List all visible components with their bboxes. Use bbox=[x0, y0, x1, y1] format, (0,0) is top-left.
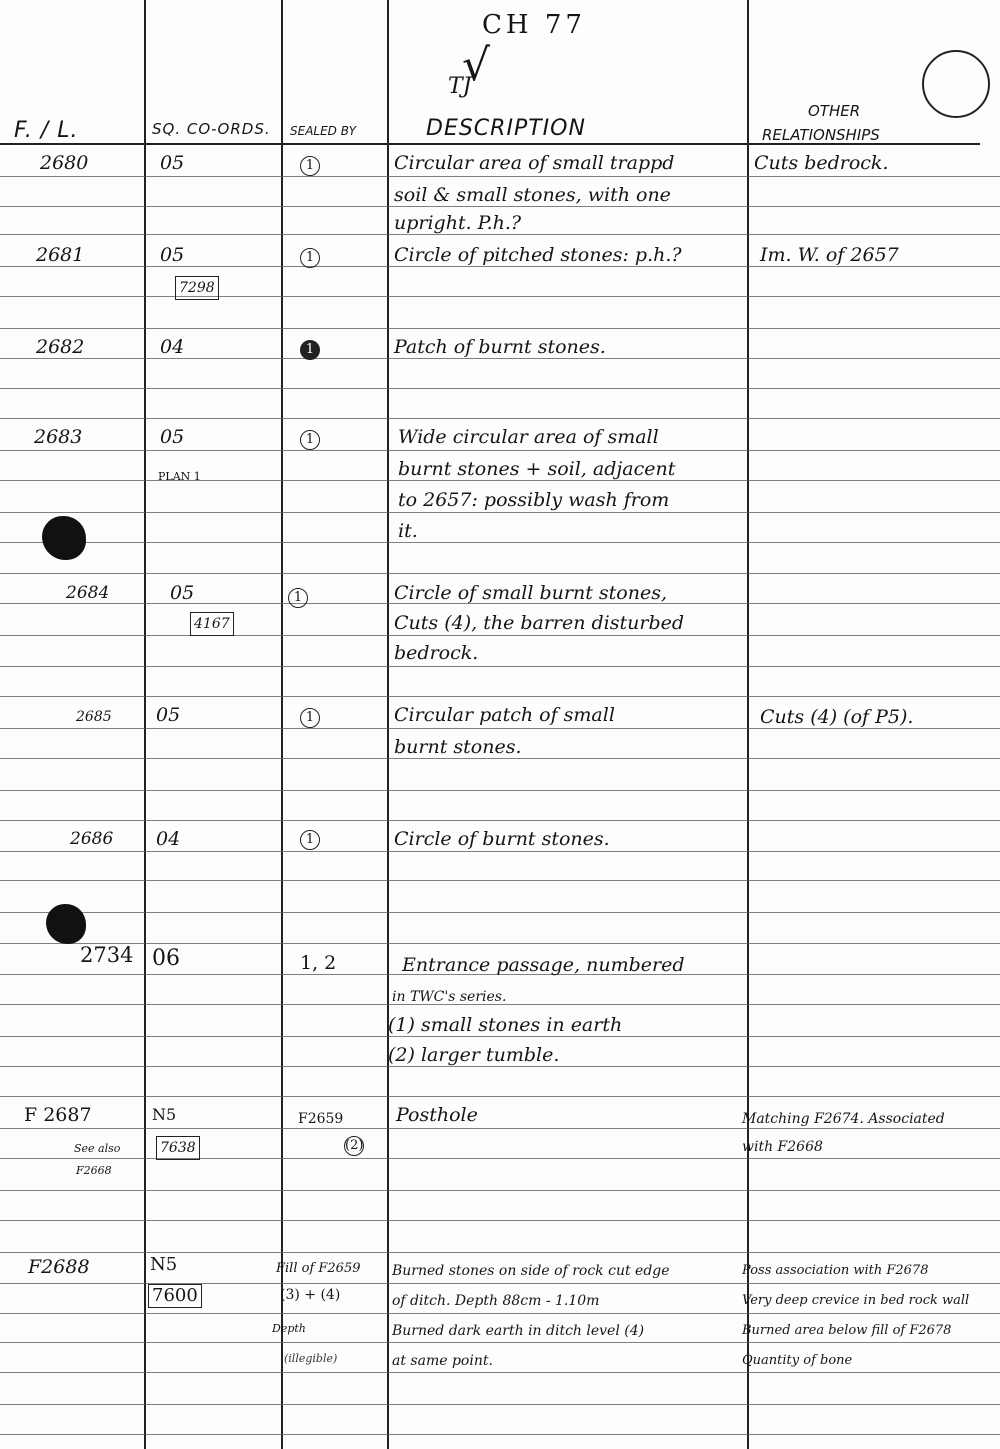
description-line: at same point. bbox=[392, 1350, 493, 1372]
header-description: DESCRIPTION bbox=[426, 116, 586, 141]
description-line: Circle of pitched stones: p.h.? bbox=[394, 244, 682, 266]
sealed-circle: 1 bbox=[300, 830, 320, 850]
rule bbox=[0, 1096, 1000, 1097]
rule bbox=[0, 1313, 1000, 1314]
rule bbox=[0, 758, 1000, 759]
description-line: to 2657: possibly wash from bbox=[398, 489, 669, 511]
description-line: bedrock. bbox=[394, 642, 478, 664]
relationship-line: Matching F2674. Associated bbox=[742, 1108, 945, 1130]
rule bbox=[0, 912, 1000, 913]
sealed-by: (3) + (4) bbox=[280, 1284, 340, 1306]
header-sealed-by: SEALED BY bbox=[290, 124, 356, 138]
rule bbox=[0, 176, 1000, 177]
sealed-by: 1 bbox=[300, 426, 320, 450]
context-number-box: 7600 bbox=[148, 1284, 202, 1308]
rule bbox=[0, 418, 1000, 419]
description-line: Circular area of small trappd bbox=[394, 152, 674, 174]
rule bbox=[0, 880, 1000, 881]
rule bbox=[0, 206, 1000, 207]
description-line: burnt stones + soil, adjacent bbox=[398, 458, 675, 480]
square-coords: 05 bbox=[170, 582, 194, 604]
column-divider-3 bbox=[387, 0, 389, 1449]
punch-hole bbox=[46, 904, 86, 944]
rule bbox=[0, 1066, 1000, 1067]
description-line: Burned stones on side of rock cut edge bbox=[392, 1260, 670, 1282]
sealed-by: 1 bbox=[300, 336, 320, 360]
description-line: of ditch. Depth 88cm - 1.10m bbox=[392, 1290, 599, 1312]
description-line: Burned dark earth in ditch level (4) bbox=[392, 1320, 644, 1342]
rule bbox=[0, 1434, 1000, 1435]
plan-note: PLAN 1 bbox=[158, 466, 201, 488]
description-line: (1) small stones in earth bbox=[388, 1014, 622, 1036]
square-coords: 05 bbox=[160, 244, 184, 266]
rule bbox=[0, 1372, 1000, 1373]
sealed-circle: 1 bbox=[300, 340, 320, 360]
square-coords: 05 bbox=[156, 704, 180, 726]
initials: TJ bbox=[448, 76, 472, 98]
rule bbox=[0, 1036, 1000, 1037]
rule bbox=[0, 728, 1000, 729]
punch-hole bbox=[42, 516, 86, 560]
excavation-record-sheet: CH 77 √ TJ F. / L. SQ. CO-ORDS. SEALED B… bbox=[0, 0, 1000, 1449]
rule bbox=[0, 388, 1000, 389]
header-rule bbox=[0, 143, 980, 145]
rule bbox=[0, 635, 1000, 636]
see-also-note: See also bbox=[74, 1138, 120, 1160]
sealed-by: 1 bbox=[300, 704, 320, 728]
column-divider-2 bbox=[281, 0, 283, 1449]
rule bbox=[0, 1252, 1000, 1253]
square-coords: 05 bbox=[160, 426, 184, 448]
square-coords: 05 bbox=[160, 152, 184, 174]
sealed-circle: 1 bbox=[288, 588, 308, 608]
description-line: upright. P.h.? bbox=[394, 212, 521, 234]
feature-number: 2686 bbox=[70, 828, 113, 850]
sealed-circle: 1 bbox=[300, 708, 320, 728]
feature-number: 2683 bbox=[34, 426, 82, 448]
relationship-line: Cuts bedrock. bbox=[754, 152, 888, 174]
sealed-by: 1 bbox=[300, 152, 320, 176]
description-line: burnt stones. bbox=[394, 736, 522, 758]
description-line: it. bbox=[398, 520, 418, 542]
header-other-2: RELATIONSHIPS bbox=[762, 126, 880, 144]
feature-number: F 2687 bbox=[24, 1104, 92, 1126]
sealed-by-illegible: (illegible) bbox=[284, 1348, 337, 1370]
rule bbox=[0, 851, 1000, 852]
sealed-by: F2659 bbox=[298, 1108, 343, 1130]
description-line: Circular patch of small bbox=[394, 704, 615, 726]
relationship-line: Quantity of bone bbox=[742, 1350, 852, 1372]
description-line: Cuts (4), the barren disturbed bbox=[394, 612, 684, 634]
header-sq-coords: SQ. CO-ORDS. bbox=[152, 120, 271, 138]
description-line: soil & small stones, with one bbox=[394, 184, 671, 206]
rule bbox=[0, 328, 1000, 329]
description-line: Posthole bbox=[396, 1104, 478, 1126]
rule bbox=[0, 820, 1000, 821]
square-coords: 06 bbox=[152, 948, 180, 970]
rule bbox=[0, 1158, 1000, 1159]
square-coords: N5 bbox=[150, 1254, 177, 1276]
rule bbox=[0, 234, 1000, 235]
description-line: (2) larger tumble. bbox=[388, 1044, 559, 1066]
rule bbox=[0, 573, 1000, 574]
sealed-by: 1 bbox=[300, 244, 320, 268]
rule bbox=[0, 266, 1000, 267]
feature-number: 2684 bbox=[66, 582, 109, 604]
rule bbox=[0, 512, 1000, 513]
rule bbox=[0, 666, 1000, 667]
rule bbox=[0, 790, 1000, 791]
relationship-line: Im. W. of 2657 bbox=[760, 244, 899, 266]
relationship-line: Burned area below fill of F2678 bbox=[742, 1320, 951, 1342]
sealed-by: 1 bbox=[300, 826, 320, 850]
square-coords: 04 bbox=[156, 828, 180, 850]
context-number-box: 7298 bbox=[175, 276, 219, 300]
rule bbox=[0, 1342, 1000, 1343]
description-line: in TWC's series. bbox=[392, 986, 506, 1008]
context-number-box: 7638 bbox=[156, 1136, 200, 1160]
square-coords: 04 bbox=[160, 336, 184, 358]
sealed-by: Depth bbox=[272, 1318, 306, 1340]
rule bbox=[0, 358, 1000, 359]
rule bbox=[0, 1190, 1000, 1191]
sealed-by-circle-wrap: (2) bbox=[344, 1132, 364, 1156]
relationship-line: Poss association with F2678 bbox=[742, 1260, 928, 1282]
sealed-circle: 1 bbox=[300, 430, 320, 450]
sheet-code: CH 77 bbox=[482, 14, 586, 36]
sealed-circle: 1 bbox=[300, 248, 320, 268]
relationship-line: with F2668 bbox=[742, 1136, 823, 1158]
rule bbox=[0, 450, 1000, 451]
sealed-circle: 1 bbox=[300, 156, 320, 176]
column-divider-4 bbox=[747, 0, 749, 1449]
sealed-by: Fill of F2659 bbox=[276, 1258, 361, 1280]
punch-hole-circle bbox=[922, 50, 990, 118]
rule bbox=[0, 480, 1000, 481]
feature-number: F2688 bbox=[28, 1256, 90, 1278]
header-other-1: OTHER bbox=[808, 102, 860, 120]
sealed-by: 1 bbox=[288, 584, 308, 608]
description-line: Circle of small burnt stones, bbox=[394, 582, 667, 604]
column-divider-1 bbox=[144, 0, 146, 1449]
sealed-circle: (2) bbox=[344, 1136, 364, 1156]
rule bbox=[0, 296, 1000, 297]
description-line: Entrance passage, numbered bbox=[402, 954, 685, 976]
rule bbox=[0, 1220, 1000, 1221]
rule bbox=[0, 943, 1000, 944]
feature-number: 2682 bbox=[36, 336, 84, 358]
rule bbox=[0, 696, 1000, 697]
feature-number: 2681 bbox=[36, 244, 84, 266]
sealed-by: 1, 2 bbox=[300, 952, 336, 974]
description-line: Circle of burnt stones. bbox=[394, 828, 610, 850]
relationship-line: Cuts (4) (of P5). bbox=[760, 706, 913, 728]
context-number-box: 4167 bbox=[190, 612, 234, 636]
feature-number: 2734 bbox=[80, 944, 133, 966]
see-also-note: F2668 bbox=[76, 1160, 112, 1182]
description-line: Patch of burnt stones. bbox=[394, 336, 606, 358]
relationship-line: Very deep crevice in bed rock wall bbox=[742, 1290, 969, 1312]
feature-number: 2680 bbox=[40, 152, 88, 174]
feature-number: 2685 bbox=[76, 706, 112, 728]
description-line: Wide circular area of small bbox=[398, 426, 659, 448]
header-fl: F. / L. bbox=[14, 118, 78, 143]
rule bbox=[0, 1404, 1000, 1405]
square-coords: N5 bbox=[152, 1104, 176, 1126]
rule bbox=[0, 542, 1000, 543]
